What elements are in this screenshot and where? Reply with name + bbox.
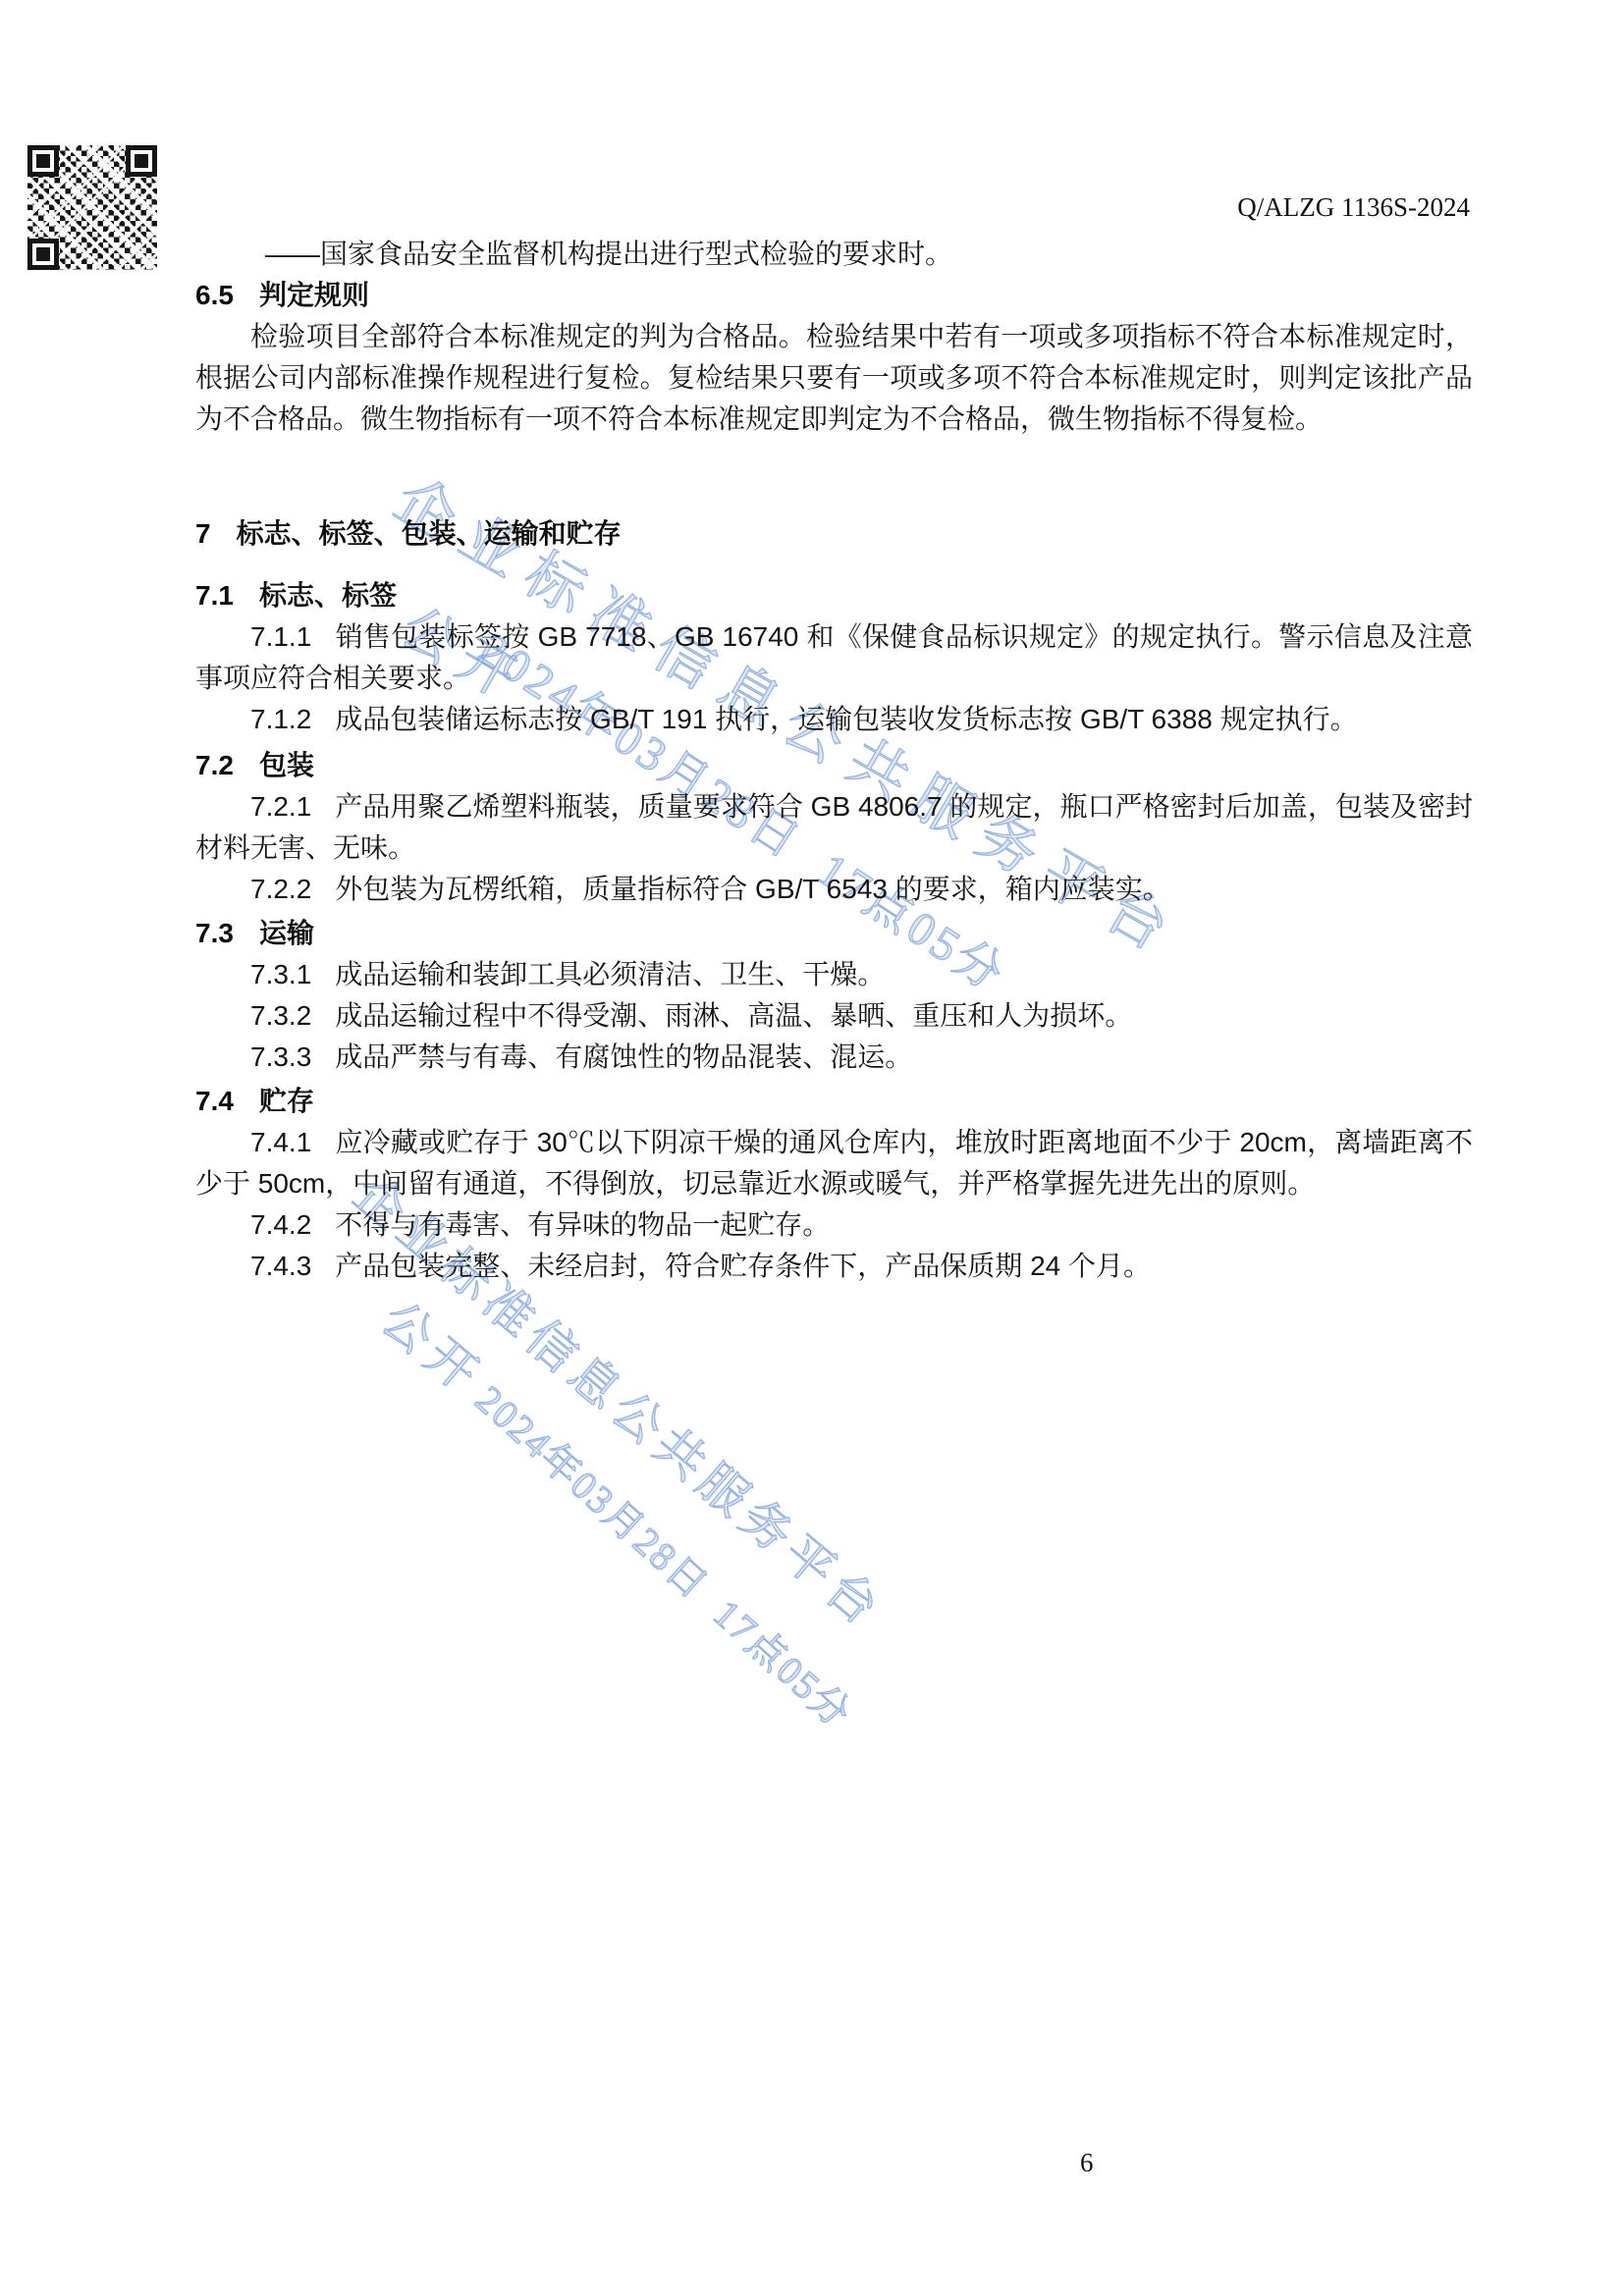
clause-text: 成品运输过程中不得受潮、雨淋、高温、暴晒、重压和人为损坏。 [335,1000,1132,1031]
heading-title: 贮存 [259,1086,314,1116]
heading-title: 包装 [259,750,314,780]
heading-number: 7.2 [195,750,234,780]
clause-number: 7.3.2 [250,1000,311,1031]
clause-text: 成品包装储运标志按 GB/T 191 执行，运输包装收发货标志按 GB/T 63… [335,704,1357,734]
qr-finder-top-right [126,145,157,177]
clause-text: 外包装为瓦楞纸箱，质量指标符合 GB/T 6543 的要求，箱内应装实。 [335,874,1169,904]
clause-text: 成品运输和装卸工具必须清洁、卫生、干燥。 [335,959,885,989]
watermark-public-label: 公开 [369,1282,502,1410]
document-page: Q/ALZG 1136S-2024 企业标准信息公共服务平台 公开 2024年0… [0,0,1624,2296]
heading-number: 7 [195,518,211,549]
heading-number: 6.5 [195,280,234,310]
heading-number: 7.1 [195,580,234,611]
clause-7-4-3: 7.4.3产品包装完整、未经启封，符合贮存条件下，产品保质期 24 个月。 [195,1246,1473,1287]
clause-7-4-1: 7.4.1应冷藏或贮存于 30℃以下阴凉干燥的通风仓库内，堆放时距离地面不少于 … [195,1122,1473,1204]
clause-text: 不得与有毒害、有异味的物品一起贮存。 [335,1209,830,1240]
qr-code [27,145,157,270]
clause-number: 7.2.2 [250,874,311,904]
clause-number: 7.2.1 [250,791,311,822]
heading-title: 标志、标签 [259,580,397,611]
watermark-timestamp: 2024年03月28日 17点05分 [465,1370,866,1739]
clause-number: 7.3.3 [250,1041,311,1072]
clause-7-1-2: 7.1.2成品包装储运标志按 GB/T 191 执行，运输包装收发货标志按 GB… [195,699,1473,740]
heading-7-4: 7.4贮存 [195,1081,1473,1122]
heading-7-1: 7.1标志、标签 [195,575,1473,616]
clause-7-1-1: 7.1.1销售包装标签按 GB 7718、GB 16740 和《保健食品标识规定… [195,616,1473,699]
clause-number: 7.4.1 [250,1127,311,1157]
heading-7-2: 7.2包装 [195,745,1473,786]
clause-text: 应冷藏或贮存于 30℃以下阴凉干燥的通风仓库内，堆放时距离地面不少于 20cm，… [195,1127,1473,1199]
heading-number: 7.4 [195,1086,234,1116]
clause-7-3-2: 7.3.2成品运输过程中不得受潮、雨淋、高温、暴晒、重压和人为损坏。 [195,995,1473,1037]
clause-number: 7.4.3 [250,1251,311,1281]
qr-finder-top-left [27,145,59,177]
doc-code-header: Q/ALZG 1136S-2024 [1237,192,1470,223]
clause-number: 7.3.1 [250,959,311,989]
heading-7-3: 7.3运输 [195,913,1473,954]
heading-7: 7标志、标签、包装、运输和贮存 [195,513,1473,555]
clause-number: 7.1.1 [250,621,311,652]
clause-text: 成品严禁与有毒、有腐蚀性的物品混装、混运。 [335,1041,912,1072]
heading-6-5: 6.5判定规则 [195,275,1473,316]
paragraph-judgment-rules: 检验项目全部符合本标准规定的判为合格品。检验结果中若有一项或多项指标不符合本标准… [195,316,1473,440]
clause-7-2-1: 7.2.1产品用聚乙烯塑料瓶装，质量要求符合 GB 4806.7 的规定，瓶口严… [195,786,1473,869]
heading-title: 判定规则 [259,280,369,310]
heading-title: 标志、标签、包装、运输和贮存 [237,518,622,549]
clause-number: 7.1.2 [250,704,311,734]
qr-finder-bottom-left [27,239,59,270]
clause-text: 产品用聚乙烯塑料瓶装，质量要求符合 GB 4806.7 的规定，瓶口严格密封后加… [195,791,1473,863]
page-number: 6 [1080,2148,1094,2178]
clause-7-2-2: 7.2.2外包装为瓦楞纸箱，质量指标符合 GB/T 6543 的要求，箱内应装实… [195,869,1473,910]
heading-title: 运输 [259,918,314,948]
clause-7-3-1: 7.3.1成品运输和装卸工具必须清洁、卫生、干燥。 [195,954,1473,995]
clause-text: 产品包装完整、未经启封，符合贮存条件下，产品保质期 24 个月。 [335,1251,1151,1281]
clause-7-4-2: 7.4.2不得与有毒害、有异味的物品一起贮存。 [195,1204,1473,1246]
document-body: ——国家食品安全监督机构提出进行型式检验的要求时。 6.5判定规则 检验项目全部… [195,234,1473,1287]
clause-7-3-3: 7.3.3成品严禁与有毒、有腐蚀性的物品混装、混运。 [195,1037,1473,1078]
clause-text: 销售包装标签按 GB 7718、GB 16740 和《保健食品标识规定》的规定执… [195,621,1473,693]
clause-number: 7.4.2 [250,1209,311,1240]
heading-number: 7.3 [195,918,234,948]
dash-list-item: ——国家食品安全监督机构提出进行型式检验的要求时。 [195,234,1473,275]
